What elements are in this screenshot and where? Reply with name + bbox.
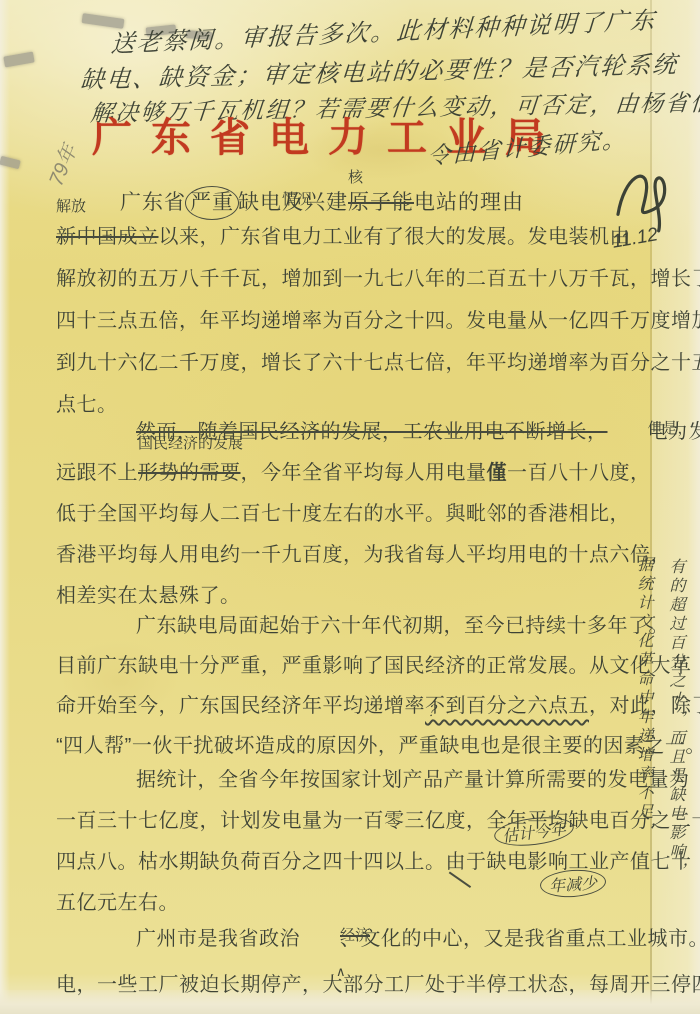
- paragraph: 广东缺电局面起始于六十年代初期，至今已持续十多年了。目前广东缺电十分严重，严重影…: [56, 606, 676, 766]
- wavy-underlined-text: 不到百分之六点五: [425, 686, 589, 726]
- text-segment: 电站的理由: [414, 187, 524, 219]
- text-line: 到九十六亿二千万度，增长了六十七点七倍，年平均递增率为百分之十五: [56, 342, 676, 384]
- text-segment: 电，一些工厂被迫长期停产，大部分工厂处于半停工状态，每周开三停四: [56, 962, 700, 1008]
- text-segment: 解放初的五万八千千瓦，增加到一九七八年的二百五十八万千瓦，增长了: [56, 258, 700, 300]
- text-segment: 低于全国平均每人二百七十度左右的水平。與毗邻的香港相比，: [56, 494, 630, 535]
- text-segment: 广东省: [120, 187, 186, 219]
- text-segment: 到九十六亿二千万度，增长了六十七点七倍，年平均递增率为百分之十五: [56, 342, 700, 384]
- inserted-correction: 国民经济的发展: [138, 436, 243, 451]
- text-line: 广东缺电局面起始于六十年代初期，至今已持续十多年了。: [56, 606, 676, 646]
- text-line: 目前广东缺电十分严重，严重影响了国民经济的正常发展。从文化大革: [56, 646, 676, 686]
- replaced-text: 形势的需要国民经济的发展: [138, 453, 241, 494]
- text-segment: ，今年全省平均每人用电量: [241, 453, 487, 494]
- text-segment: 命开始至今，广东国民经济年平均递增率: [56, 686, 425, 726]
- text-line: 命开始至今，广东国民经济年平均递增率不到百分之六点五，对此，除了林彪: [56, 686, 676, 726]
- text-segment: 香港平均每人用电约一千九百度，为我省每人平均用电的十点六倍，: [56, 535, 671, 576]
- replaced-text: 原子能核: [348, 187, 414, 219]
- text-segment: 及兴建: [282, 187, 348, 219]
- paragraph: 然而，随着国民经济的发展，工农业用电不断增长，但是，电力发展仍然远远跟不上形势的…: [56, 412, 676, 617]
- text-segment: 广州市是我省政治: [96, 916, 300, 962]
- left-page-edge: [0, 0, 10, 1014]
- text-line: 远跟不上形势的需要国民经济的发展，今年全省平均每人用电量僅一百八十八度，: [56, 453, 676, 494]
- text-line: 一百三十七亿度，计划发电量为一百零三亿度，全年平均缺电百分之二十: [56, 801, 676, 842]
- text-segment: 远跟不上: [56, 453, 138, 494]
- text-line: 香港平均每人用电约一千九百度，为我省每人平均用电的十点六倍，: [56, 535, 676, 576]
- text-line: 四十三点五倍，年平均递增率为百分之十四。发电量从一亿四千万度增加: [56, 300, 676, 342]
- text-line: 低于全国平均每人二百七十度左右的水平。與毗邻的香港相比，: [56, 494, 676, 535]
- inserted-correction: 核: [348, 170, 363, 185]
- circled-text: 严重: [185, 186, 239, 220]
- text-segment: 以来，广东省电力工业有了很大的发展。发电装机由: [159, 216, 631, 258]
- text-segment: 广东缺电局面起始于六十年代初期，至今已持续十多年了。: [96, 606, 669, 646]
- text-segment: 电力发展: [608, 412, 700, 453]
- text-line: 广州市是我省政治经济∧、文化的中心，又是我省重点工业城市。由于缺: [56, 916, 676, 962]
- text-line: 据统计，全省今年按国家计划产品产量计算所需要的发电量为: [56, 760, 676, 801]
- text-segment: 目前广东缺电十分严重，严重影响了国民经济的正常发展。从文化大革: [56, 646, 692, 686]
- paragraph: 据统计，全省今年按国家计划产品产量计算所需要的发电量为一百三十七亿度，计划发电量…: [56, 760, 676, 924]
- paragraph: 广州市是我省政治经济∧、文化的中心，又是我省重点工业城市。由于缺电，一些工厂被迫…: [56, 916, 676, 1008]
- pencil-year-note: 79年: [40, 139, 83, 189]
- text-segment: 缺电: [238, 187, 282, 219]
- text-segment: 僅: [487, 453, 508, 494]
- replaced-text: 新中国成立解放: [56, 216, 159, 258]
- paragraph: 新中国成立解放以来，广东省电力工业有了很大的发展。发电装机由解放初的五万八千千瓦…: [56, 216, 676, 426]
- inserted-correction: 解放: [56, 199, 86, 214]
- text-line: 电，一些工厂被迫长期停产，大部分工厂处于半停工状态，每周开三停四: [56, 962, 676, 1008]
- document-scan: 送老蔡阅。审报告多次。此材料种种说明了广东 缺电、缺资金；审定核电站的必要性？是…: [0, 0, 700, 1014]
- query-mark: ？: [428, 700, 443, 721]
- text-segment: 一百八十八度，: [507, 453, 651, 494]
- text-segment: 一百三十七亿度，计划发电量为一百零三亿度，全年平均缺电百分之二十: [56, 801, 700, 842]
- text-line: 新中国成立解放以来，广东省电力工业有了很大的发展。发电装机由: [56, 216, 676, 258]
- text-line: 解放初的五万八千千瓦，增加到一九七八年的二百五十八万千瓦，增长了: [56, 258, 676, 300]
- margin-note-inner: 据统计文化革命中年递增率不足，: [632, 556, 655, 1006]
- text-segment: 据统计，全省今年按国家计划产品产量计算所需要的发电量为: [96, 760, 690, 801]
- margin-note-outer: 有的超过百分之十，而且是缺电影响，: [664, 558, 687, 1008]
- text-segment: 四十三点五倍，年平均递增率为百分之十四。发电量从一亿四千万度增加: [56, 300, 700, 342]
